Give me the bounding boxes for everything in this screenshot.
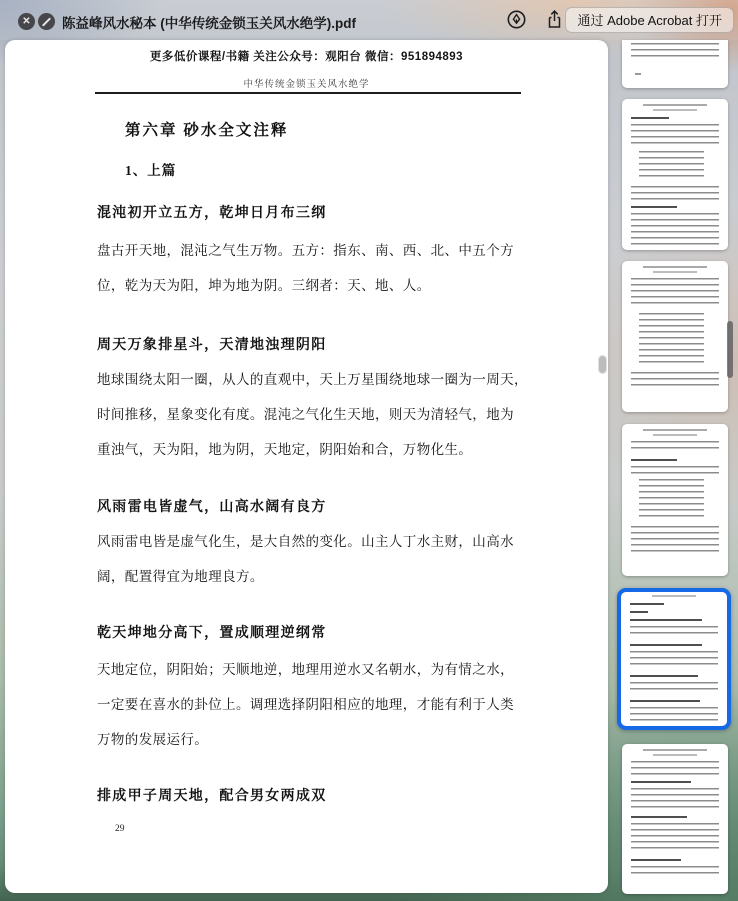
verse-heading: 乾天坤地分高下，置成顺理逆纲常: [97, 624, 327, 644]
thumbnail-heading-line: [630, 675, 698, 677]
thumbnail-heading-line: [631, 206, 677, 208]
page-thumbnail[interactable]: [622, 424, 728, 576]
open-with-acrobat-button[interactable]: 通过 Adobe Acrobat 打开: [565, 7, 734, 33]
promo-header-text: 更多低价课程/书籍 关注公众号：观阳台 微信：951894893: [5, 48, 608, 64]
verse-heading: 风雨雷电皆虚气，山高水阔有良方: [97, 498, 327, 518]
thumbnail-heading-line: [630, 700, 700, 702]
thumbnail-page-number: [635, 73, 641, 75]
thumbnail-text-lines: [630, 707, 718, 725]
window-title: 陈益峰风水秘本 (中华传统金锁玉关风水绝学).pdf: [62, 12, 356, 32]
thumbnail-text-lines: [631, 788, 719, 810]
thumbnail-text-lines: [631, 186, 719, 200]
verse-heading: 周天万象排星斗，天清地浊理阴阳: [97, 336, 327, 356]
thumbnail-text-lines: [639, 313, 704, 367]
thumbnail-text-lines: [631, 278, 719, 308]
thumbnail-heading-line: [630, 611, 648, 613]
thumbnail-text-lines: [631, 43, 719, 59]
chapter-title: 第六章 砂水全文注释: [125, 118, 288, 140]
thumbnail-header-line: [643, 266, 707, 268]
verse-body: 风雨雷电皆是虚气化生，是大自然的变化。山主人丁水主财，山高水 阔，配置得宜为地理…: [97, 524, 535, 594]
thumbnail-heading-line: [630, 619, 702, 621]
thumbnail-heading-line: [631, 859, 681, 861]
thumbnail-heading-line: [631, 459, 677, 461]
verse-body: 盘古开天地，混沌之气生万物。五方：指东、南、西、北、中五个方 位，乾为天为阳，坤…: [97, 233, 535, 303]
thumbnail-header-line: [643, 104, 707, 106]
thumbnail-heading-line: [631, 117, 669, 119]
block-icon: [42, 17, 51, 26]
thumbnail-header-line: [653, 754, 697, 756]
thumbnail-text-lines: [631, 761, 719, 775]
thumbnail-text-lines: [631, 823, 719, 853]
thumbnail-heading-line: [630, 603, 664, 605]
quicklook-window: { "window": { "title": "陈益峰风水秘本 (中华传统金锁玉…: [0, 0, 738, 901]
thumbnail-text-lines: [631, 213, 719, 247]
verse-heading: 排成甲子周天地，配合男女两成双: [97, 787, 327, 807]
running-title: 中华传统金锁玉关风水绝学: [5, 76, 608, 90]
thumbnail-text-lines: [631, 466, 719, 474]
main-scrollbar-handle[interactable]: [598, 355, 607, 374]
thumbnail-header-line: [653, 434, 697, 436]
share-icon[interactable]: [544, 9, 565, 30]
thumbnail-header-line: [653, 109, 697, 111]
thumbnail-text-lines: [631, 526, 719, 556]
page-thumbnail-selected[interactable]: [617, 588, 731, 730]
thumbnail-heading-line: [631, 781, 691, 783]
thumbnail-header-line: [652, 595, 696, 597]
thumbnail-text-lines: [639, 151, 704, 181]
thumbnail-header-line: [643, 429, 707, 431]
thumbnail-text-lines: [639, 479, 704, 521]
close-icon: ✕: [22, 17, 30, 27]
header-rule: [95, 92, 521, 94]
thumbnail-text-lines: [631, 441, 719, 453]
thumbnail-text-lines: [631, 124, 719, 146]
thumbnail-heading-line: [630, 644, 702, 646]
thumbnail-header-line: [653, 271, 697, 273]
thumbnail-text-lines: [630, 651, 718, 669]
thumbnail-heading-line: [631, 816, 687, 818]
pdf-page-view[interactable]: 更多低价课程/书籍 关注公众号：观阳台 微信：951894893 中华传统金锁玉…: [5, 40, 608, 893]
thumbnail-text-lines: [631, 866, 719, 876]
page-thumbnail[interactable]: [622, 99, 728, 250]
block-button[interactable]: [38, 13, 55, 30]
verse-heading: 混沌初开立五方，乾坤日月布三纲: [97, 204, 327, 224]
thumbnail-text-lines: [630, 626, 718, 638]
page-thumbnail[interactable]: [622, 40, 728, 88]
thumbnail-text-lines: [631, 372, 719, 388]
thumbnail-header-line: [643, 749, 707, 751]
section-title: 1、上篇: [125, 159, 176, 179]
page-thumbnail[interactable]: [622, 261, 728, 412]
markup-pen-icon[interactable]: [506, 9, 527, 30]
verse-body: 天地定位，阴阳始；天顺地逆，地理用逆水又名朝水，为有情之水， 一定要在喜水的卦位…: [97, 652, 535, 757]
page-thumbnail[interactable]: [622, 744, 728, 894]
verse-body: 地球围绕太阳一圈，从人的直观中，天上万星围绕地球一圈为一周天， 时间推移，星象变…: [97, 362, 535, 467]
close-button[interactable]: ✕: [18, 13, 35, 30]
thumbnail-text-lines: [630, 682, 718, 694]
titlebar: ✕ 陈益峰风水秘本 (中华传统金锁玉关风水绝学).pdf 通过 Adobe Ac…: [0, 0, 738, 40]
sidebar-scrollbar-handle[interactable]: [727, 321, 733, 378]
page-number: 29: [115, 824, 125, 834]
